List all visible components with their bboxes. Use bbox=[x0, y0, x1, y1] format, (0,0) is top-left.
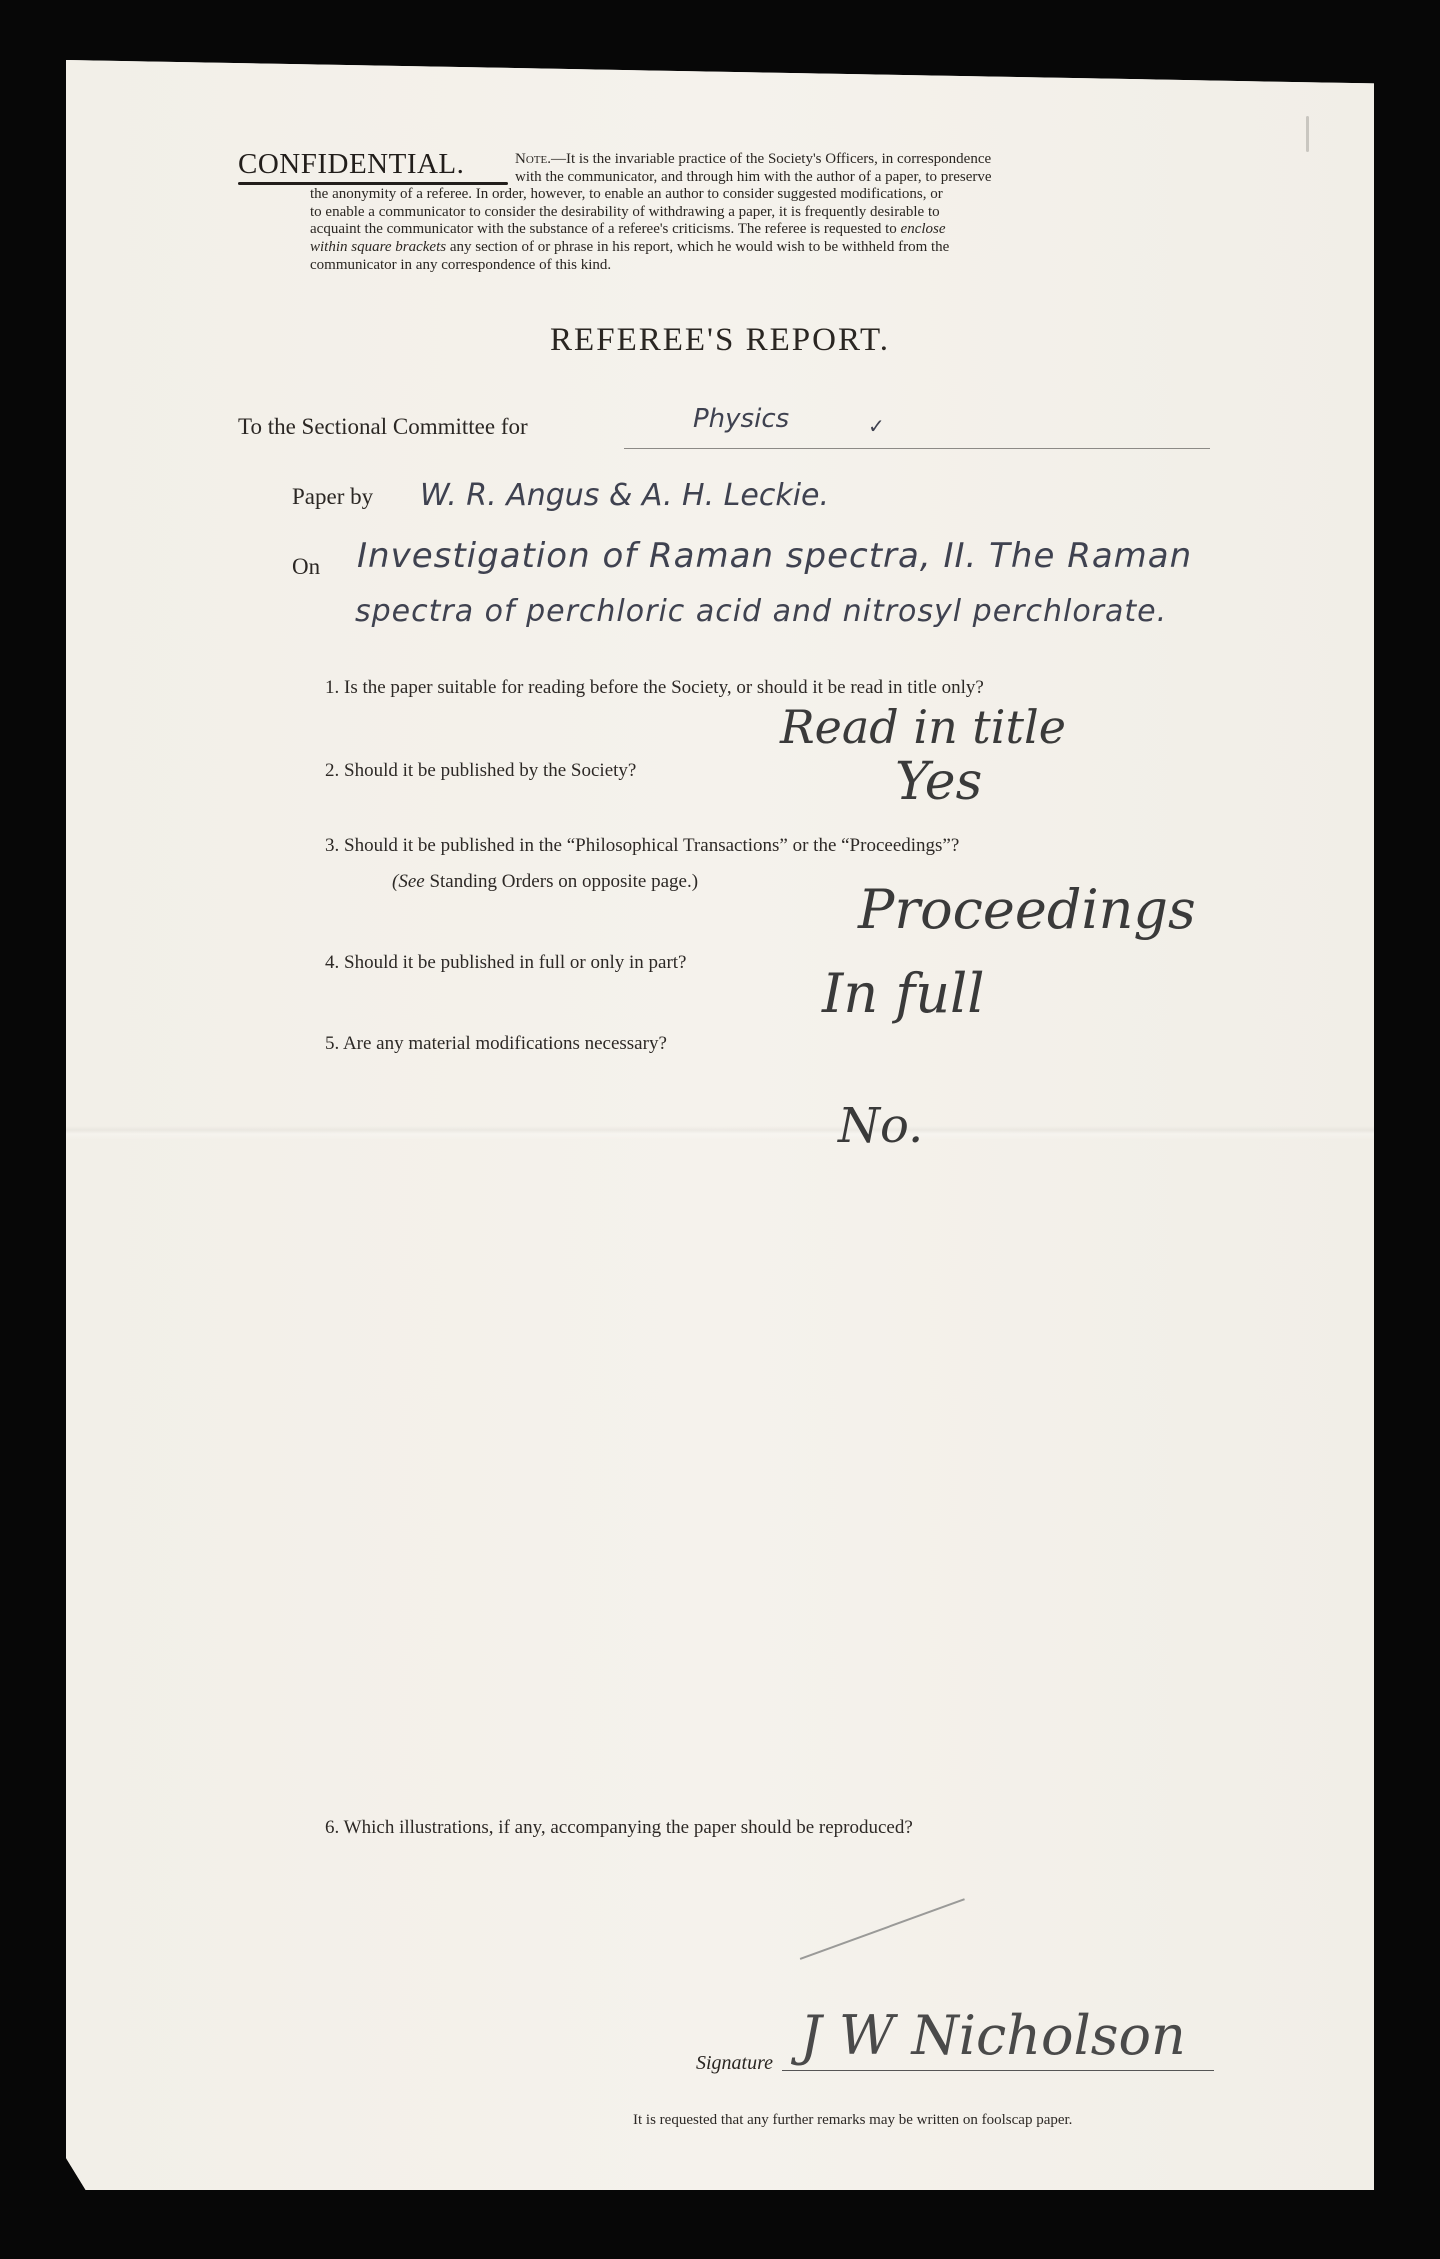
footer-note: It is requested that any further remarks… bbox=[633, 2112, 1072, 2129]
note-label: Note. bbox=[515, 151, 551, 167]
answer-5[interactable]: No. bbox=[838, 1098, 923, 1154]
signature-underline bbox=[782, 2070, 1214, 2071]
question-2-text: Should it be published by the Society? bbox=[344, 760, 636, 781]
question-1: 1. Is the paper suitable for reading bef… bbox=[325, 677, 984, 699]
on-label: On bbox=[292, 554, 320, 580]
question-6: 6. Which illustrations, if any, accompan… bbox=[325, 1817, 913, 1839]
note-line-7: communicator in any correspondence of th… bbox=[310, 257, 1210, 275]
note-line-3: the anonymity of a referee. In order, ho… bbox=[310, 186, 1210, 204]
question-5-number: 5. bbox=[325, 1033, 339, 1054]
question-1-number: 1. bbox=[325, 677, 339, 698]
confidentiality-note: Note.—It is the invariable practice of t… bbox=[310, 151, 1210, 274]
note-line-4: to enable a communicator to consider the… bbox=[310, 204, 1210, 222]
question-4: 4. Should it be published in full or onl… bbox=[325, 952, 687, 974]
question-4-number: 4. bbox=[325, 952, 339, 973]
referee-report-sheet bbox=[66, 60, 1374, 2190]
answer-4[interactable]: In full bbox=[822, 962, 985, 1025]
question-3-note-italic: (See bbox=[392, 871, 425, 892]
question-2: 2. Should it be published by the Society… bbox=[325, 760, 636, 782]
question-1-text: Is the paper suitable for reading before… bbox=[344, 677, 984, 698]
question-3: 3. Should it be published in the “Philos… bbox=[325, 835, 959, 857]
question-3-note: (See Standing Orders on opposite page.) bbox=[392, 871, 698, 893]
answer-1[interactable]: Read in title bbox=[780, 700, 1066, 754]
paper-by-label: Paper by bbox=[292, 484, 373, 510]
signature-value[interactable]: J W Nicholson bbox=[800, 2004, 1186, 2067]
answer-2[interactable]: Yes bbox=[895, 752, 982, 812]
note-text-5: acquaint the communicator with the subst… bbox=[310, 221, 897, 237]
question-5-text: Are any material modifications necessary… bbox=[343, 1033, 667, 1054]
note-text-6: any section of or phrase in his report, … bbox=[450, 239, 949, 255]
paper-title-line-2[interactable]: spectra of perchloric acid and nitrosyl … bbox=[355, 594, 1167, 629]
committee-check-icon: ✓ bbox=[868, 414, 885, 438]
note-italic-brackets: within square brackets bbox=[310, 239, 446, 255]
question-2-number: 2. bbox=[325, 760, 339, 781]
note-line-6: within square brackets any section of or… bbox=[310, 239, 1210, 257]
answer-3[interactable]: Proceedings bbox=[858, 878, 1196, 941]
committee-value[interactable]: Physics bbox=[693, 404, 789, 434]
note-text-1: —It is the invariable practice of the So… bbox=[551, 151, 991, 167]
question-5: 5. Are any material modifications necess… bbox=[325, 1033, 667, 1055]
question-6-text: Which illustrations, if any, accompanyin… bbox=[344, 1817, 913, 1838]
question-3-note-text: Standing Orders on opposite page.) bbox=[425, 871, 698, 892]
note-italic-enclose: enclose bbox=[901, 221, 946, 237]
note-line-1: Note.—It is the invariable practice of t… bbox=[310, 151, 1210, 169]
question-3-text: Should it be published in the “Philosoph… bbox=[344, 835, 959, 856]
committee-label: To the Sectional Committee for bbox=[238, 414, 528, 440]
paper-title-line-1[interactable]: Investigation of Raman spectra, II. The … bbox=[357, 536, 1192, 576]
page-title: REFEREE'S REPORT. bbox=[0, 322, 1440, 359]
question-6-number: 6. bbox=[325, 1817, 339, 1838]
paper-by-value[interactable]: W. R. Angus & A. H. Leckie. bbox=[420, 478, 829, 513]
question-3-number: 3. bbox=[325, 835, 339, 856]
committee-underline bbox=[624, 448, 1210, 449]
note-line-2: with the communicator, and through him w… bbox=[310, 169, 1210, 187]
signature-label: Signature bbox=[696, 2052, 773, 2075]
question-4-text: Should it be published in full or only i… bbox=[344, 952, 687, 973]
paper-fold-mark bbox=[1306, 116, 1309, 152]
note-line-5: acquaint the communicator with the subst… bbox=[310, 221, 1210, 239]
